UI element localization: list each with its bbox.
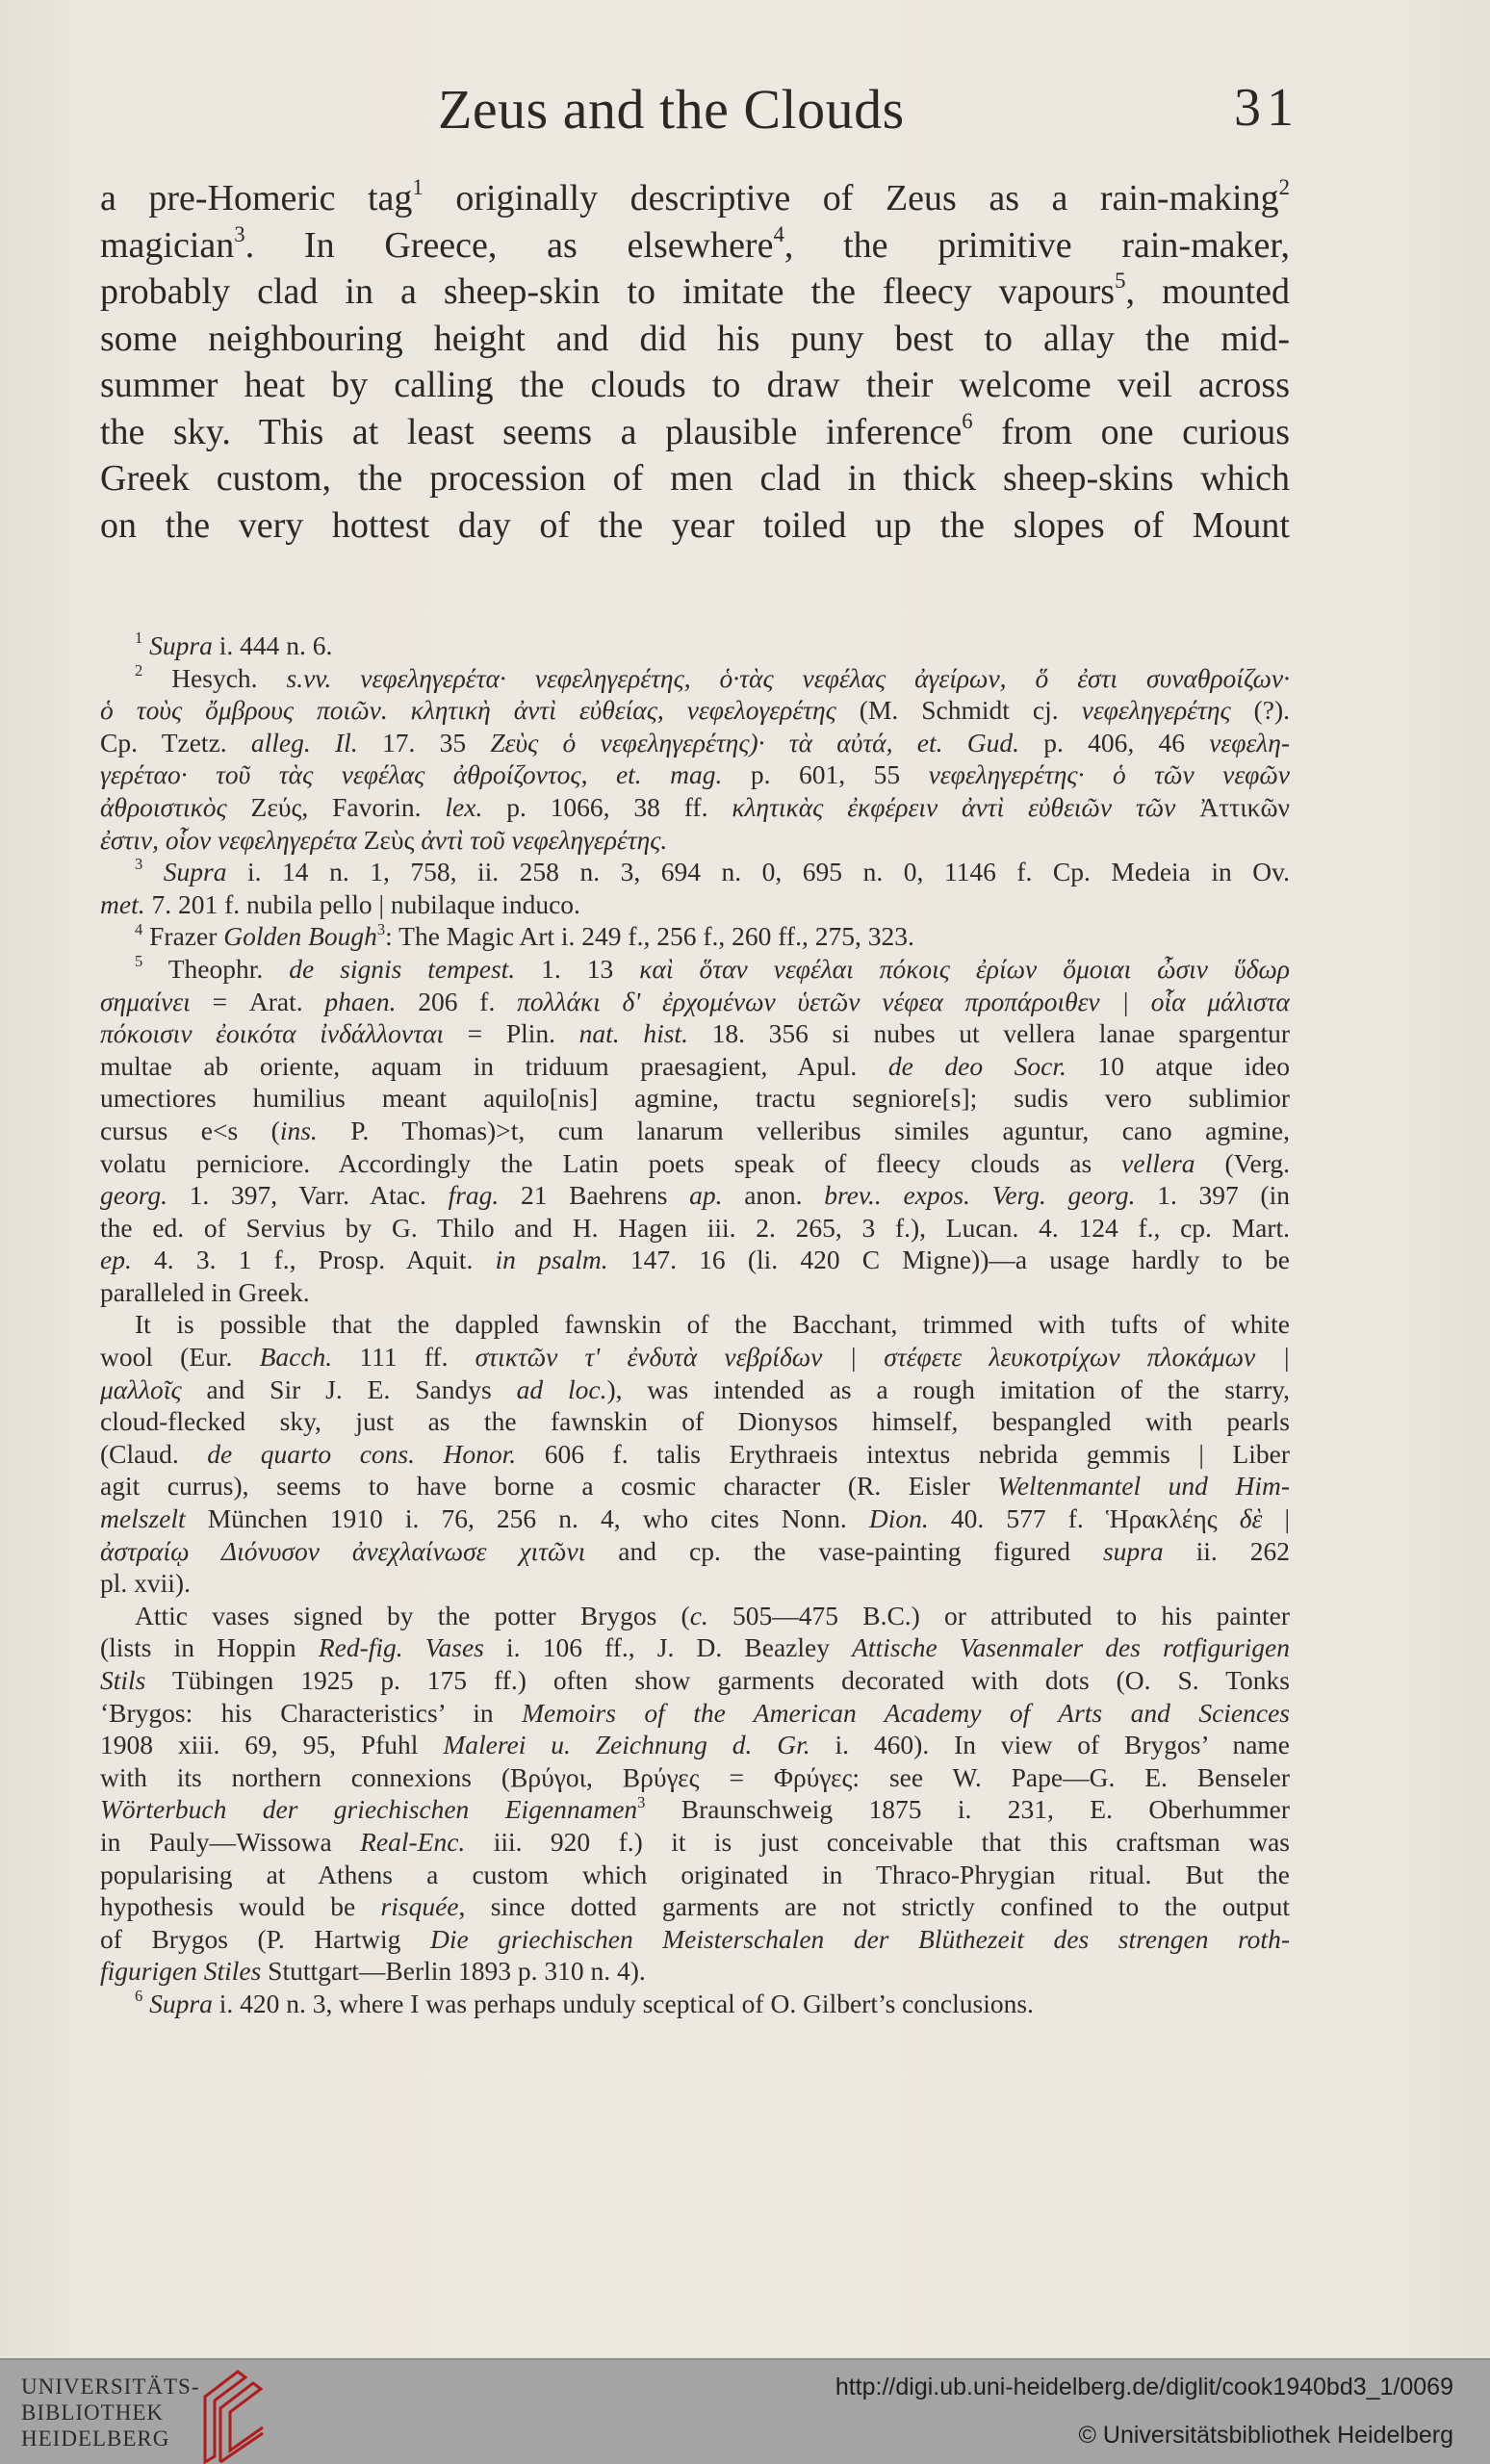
footnote-line: It is possible that the dappled fawnskin… [100,1308,1290,1341]
footnote-line: 6 Supra i. 420 n. 3, where I was perhaps… [100,1988,1290,2020]
footnote-line: figurigen Stiles Stuttgart—Berlin 1893 p… [100,1955,1290,1988]
footnote-line: ἀστραίῳ Διόνυσον ἀνεχλαίνωσε χιτῶνι and … [100,1535,1290,1568]
footnote-line: paralleled in Greek. [100,1276,1290,1309]
footnote-line: 5 Theophr. de signis tempest. 1. 13 καὶ … [100,953,1290,986]
footnote-line: melszelt München 1910 i. 76, 256 n. 4, w… [100,1502,1290,1535]
footnote-line: 4 Frazer Golden Bough3: The Magic Art i.… [100,920,1290,953]
footnote-marker[interactable]: 3 [234,222,244,246]
library-logo-icon [197,2368,274,2464]
library-name-line-3: HEIDELBERG [21,2425,200,2451]
main-paragraph: a pre-Homeric tag1 originally descriptiv… [100,175,1290,549]
footnote-line: cursus e<s (ins. P. Thomas)>t, cum lanar… [100,1115,1290,1147]
scanned-page: Zeus and the Clouds 31 a pre-Homeric tag… [0,0,1490,2356]
footnote-line: (lists in Hoppin Red-fig. Vases i. 106 f… [100,1631,1290,1664]
body-line: summer heat by calling the clouds to dra… [100,362,1290,409]
footnote-line: ἀθροιστικὸς Ζεύς, Favorin. lex. p. 1066,… [100,791,1290,824]
footnote-line: agit currus), seems to have borne a cosm… [100,1470,1290,1502]
footnote-line: ὁ τοὺς ὄμβρους ποιῶν. κλητικὴ ἀντὶ εὐθεί… [100,694,1290,727]
footnote-line: Stils Tübingen 1925 p. 175 ff.) often sh… [100,1664,1290,1697]
footnote-line: met. 7. 201 f. nubila pello | nubilaque … [100,888,1290,921]
footnote-line: the ed. of Servius by G. Thilo and H. Ha… [100,1212,1290,1245]
footnote-line: pl. xvii). [100,1567,1290,1600]
footnote-marker[interactable]: 5 [1115,269,1125,293]
source-url-link[interactable]: http://digi.ub.uni-heidelberg.de/diglit/… [835,2374,1453,2401]
library-name-line-1: UNIVERSITÄTS- [21,2374,200,2400]
footnote-line: hypothesis would be risquée, since dotte… [100,1890,1290,1923]
footnote-line: μαλλοῖς and Sir J. E. Sandys ad loc.), w… [100,1373,1290,1406]
footnote-marker[interactable]: 6 [962,409,972,433]
footnote-marker[interactable]: 1 [412,175,423,199]
footnote-line: (Claud. de quarto cons. Honor. 606 f. ta… [100,1438,1290,1471]
footnote-line: ἐστιν, οἷον νεφεληγερέτα Ζεὺς ἀντὶ τοῦ ν… [100,824,1290,857]
footnote-line: popularising at Athens a custom which or… [100,1859,1290,1891]
page-number: 31 [1234,77,1299,139]
footnote-line: cloud-flecked sky, just as the fawnskin … [100,1405,1290,1438]
body-line: some neighbouring height and did his pun… [100,316,1290,363]
page-header: Zeus and the Clouds 31 [0,69,1490,137]
footer-bar: UNIVERSITÄTS- BIBLIOTHEK HEIDELBERG http… [0,2358,1490,2464]
library-name: UNIVERSITÄTS- BIBLIOTHEK HEIDELBERG [21,2374,200,2451]
footnote-line: volatu perniciore. Accordingly the Latin… [100,1147,1290,1180]
library-name-line-2: BIBLIOTHEK [21,2400,200,2425]
running-title: Zeus and the Clouds [438,77,905,141]
footnote-marker[interactable]: 4 [773,222,784,246]
footnote-line: georg. 1. 397, Varr. Atac. frag. 21 Baeh… [100,1179,1290,1212]
footnote-line: 1908 xiii. 69, 95, Pfuhl Malerei u. Zeic… [100,1729,1290,1761]
footnote-line: 2 Hesych. s.vv. νεφεληγερέτα· νεφεληγερέ… [100,662,1290,695]
footnote-line: multae ab oriente, aquam in triduum prae… [100,1050,1290,1083]
footnote-line: Attic vases signed by the potter Brygos … [100,1600,1290,1632]
body-line: magician3. In Greece, as elsewhere4, the… [100,222,1290,269]
footnote-line: wool (Eur. Bacch. 111 ff. στικτῶν τ' ἐνδ… [100,1341,1290,1373]
footnote-line: Cp. Tzetz. alleg. Il. 17. 35 Ζεὺς ὁ νεφε… [100,727,1290,759]
footnote-line: in Pauly—Wissowa Real-Enc. iii. 920 f.) … [100,1826,1290,1859]
footnote-line: with its northern connexions (Βρύγοι, Βρ… [100,1761,1290,1794]
footnote-marker[interactable]: 2 [1279,175,1290,199]
body-line: Greek custom, the procession of men clad… [100,455,1290,502]
body-line: probably clad in a sheep-skin to imitate… [100,269,1290,316]
footnote-line: umectiores humilius meant aquilo[nis] ag… [100,1082,1290,1115]
body-line: a pre-Homeric tag1 originally descriptiv… [100,175,1290,222]
footnote-line: 3 Supra i. 14 n. 1, 758, ii. 258 n. 3, 6… [100,856,1290,888]
footnote-line: σημαίνει = Arat. phaen. 206 f. πολλάκι δ… [100,986,1290,1018]
body-line: on the very hottest day of the year toil… [100,502,1290,550]
footnote-line: 1 Supra i. 444 n. 6. [100,629,1290,662]
copyright-notice: © Universitätsbibliothek Heidelberg [1079,2422,1453,2450]
footnote-line: Wörterbuch der griechischen Eigennamen3 … [100,1793,1290,1826]
footnote-line: ep. 4. 3. 1 f., Prosp. Aquit. in psalm. … [100,1244,1290,1276]
footnote-line: of Brygos (P. Hartwig Die griechischen M… [100,1923,1290,1956]
footnote-line: πόκοισιν ἐοικότα ἰνδάλλονται = Plin. nat… [100,1017,1290,1050]
footnote-line: ‘Brygos: his Characteristics’ in Memoirs… [100,1697,1290,1730]
footnote-line: γερέταο· τοῦ τὰς νεφέλας ἀθροίζοντος, et… [100,758,1290,791]
body-line: the sky. This at least seems a plausible… [100,409,1290,456]
footnotes: 1 Supra i. 444 n. 6.2 Hesych. s.vv. νεφε… [100,629,1290,2020]
